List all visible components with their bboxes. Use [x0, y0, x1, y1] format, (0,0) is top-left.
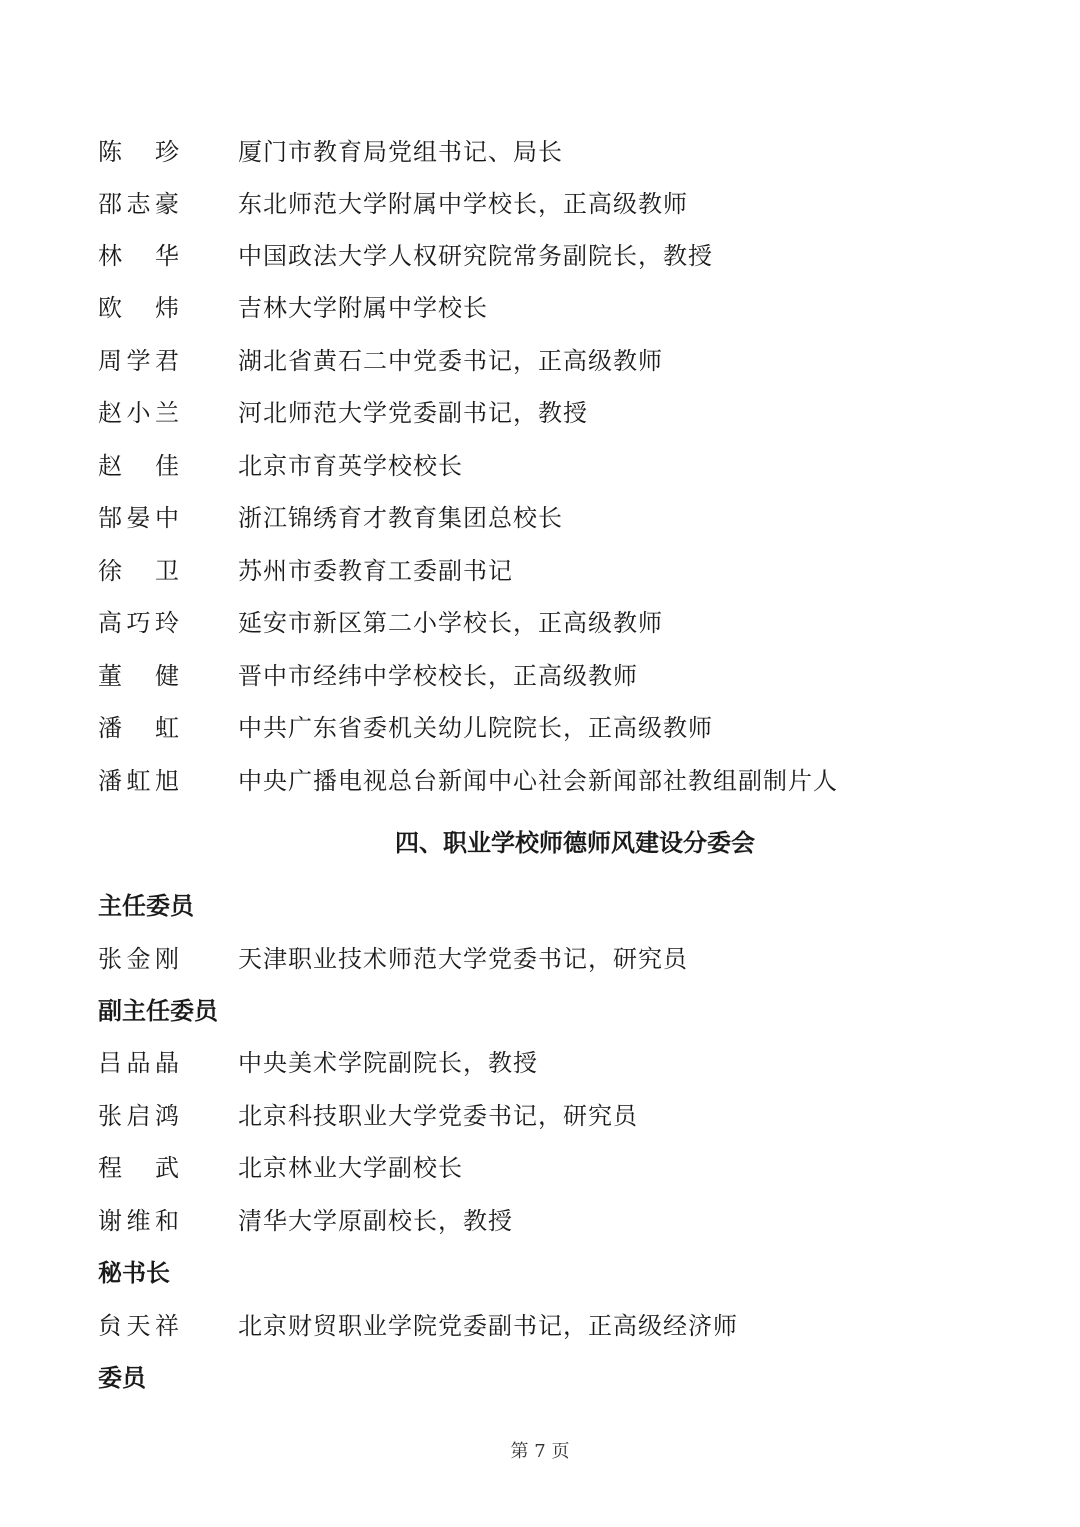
- member-name: 高巧玲: [98, 603, 180, 643]
- member-row: 高巧玲 延安市新区第二小学校长，正高级教师: [98, 603, 663, 643]
- deputy-row: 吕品晶 中央美术学院副院长，教授: [98, 1043, 538, 1083]
- member-name: 董健: [98, 656, 180, 696]
- member-title: 中央广播电视总台新闻中心社会新闻部社教组副制片人: [238, 761, 838, 801]
- member-title: 苏州市委教育工委副书记: [238, 551, 513, 591]
- member-title: 中共广东省委机关幼儿院院长，正高级教师: [238, 708, 713, 748]
- member-name: 赵佳: [98, 446, 180, 486]
- member-name: 郜晏中: [98, 498, 180, 538]
- member-title: 北京科技职业大学党委书记，研究员: [238, 1096, 638, 1136]
- member-name: 林华: [98, 236, 180, 276]
- secretary-row: 贠天祥 北京财贸职业学院党委副书记，正高级经济师: [98, 1306, 738, 1346]
- document-page: 陈珍 厦门市教育局党组书记、局长 邵志豪 东北师范大学附属中学校长，正高级教师 …: [0, 0, 1080, 1527]
- member-title: 北京财贸职业学院党委副书记，正高级经济师: [238, 1306, 738, 1346]
- member-title: 北京市育英学校校长: [238, 446, 463, 486]
- member-name: 欧炜: [98, 288, 180, 328]
- member-name: 贠天祥: [98, 1306, 180, 1346]
- member-title: 厦门市教育局党组书记、局长: [238, 132, 563, 172]
- deputy-row: 程武 北京林业大学副校长: [98, 1148, 463, 1188]
- director-label: 主任委员: [98, 886, 194, 926]
- member-row: 赵佳 北京市育英学校校长: [98, 446, 463, 486]
- deputy-label: 副主任委员: [98, 991, 218, 1031]
- member-title: 东北师范大学附属中学校长，正高级教师: [238, 184, 688, 224]
- member-title: 浙江锦绣育才教育集团总校长: [238, 498, 563, 538]
- member-name: 程武: [98, 1148, 180, 1188]
- deputy-row: 谢维和 清华大学原副校长，教授: [98, 1201, 513, 1241]
- member-title: 中央美术学院副院长，教授: [238, 1043, 538, 1083]
- member-name: 赵小兰: [98, 393, 180, 433]
- member-row: 潘虹旭 中央广播电视总台新闻中心社会新闻部社教组副制片人: [98, 761, 838, 801]
- member-name: 潘虹旭: [98, 761, 180, 801]
- member-title: 吉林大学附属中学校长: [238, 288, 488, 328]
- member-row: 郜晏中 浙江锦绣育才教育集团总校长: [98, 498, 563, 538]
- page-number: 第 7 页: [0, 1438, 1080, 1466]
- member-title: 延安市新区第二小学校长，正高级教师: [238, 603, 663, 643]
- member-name: 吕品晶: [98, 1043, 180, 1083]
- member-title: 清华大学原副校长，教授: [238, 1201, 513, 1241]
- member-row: 潘虹 中共广东省委机关幼儿院院长，正高级教师: [98, 708, 713, 748]
- member-row: 林华 中国政法大学人权研究院常务副院长，教授: [98, 236, 713, 276]
- member-row: 徐卫 苏州市委教育工委副书记: [98, 551, 513, 591]
- member-name: 邵志豪: [98, 184, 180, 224]
- member-name: 谢维和: [98, 1201, 180, 1241]
- member-title: 中国政法大学人权研究院常务副院长，教授: [238, 236, 713, 276]
- member-name: 陈珍: [98, 132, 180, 172]
- section-heading: 四、职业学校师德师风建设分委会: [0, 823, 1080, 863]
- member-row: 周学君 湖北省黄石二中党委书记，正高级教师: [98, 341, 663, 381]
- member-name: 张启鸿: [98, 1096, 180, 1136]
- member-title: 河北师范大学党委副书记，教授: [238, 393, 588, 433]
- member-name: 徐卫: [98, 551, 180, 591]
- members-label: 委员: [98, 1358, 146, 1398]
- member-row: 邵志豪 东北师范大学附属中学校长，正高级教师: [98, 184, 688, 224]
- member-name: 张金刚: [98, 939, 180, 979]
- director-row: 张金刚 天津职业技术师范大学党委书记，研究员: [98, 939, 688, 979]
- member-name: 周学君: [98, 341, 180, 381]
- member-row: 赵小兰 河北师范大学党委副书记，教授: [98, 393, 588, 433]
- member-row: 董健 晋中市经纬中学校校长，正高级教师: [98, 656, 638, 696]
- secretary-label: 秘书长: [98, 1253, 170, 1293]
- member-title: 晋中市经纬中学校校长，正高级教师: [238, 656, 638, 696]
- member-title: 天津职业技术师范大学党委书记，研究员: [238, 939, 688, 979]
- member-title: 北京林业大学副校长: [238, 1148, 463, 1188]
- member-row: 陈珍 厦门市教育局党组书记、局长: [98, 132, 563, 172]
- member-row: 欧炜 吉林大学附属中学校长: [98, 288, 488, 328]
- deputy-row: 张启鸿 北京科技职业大学党委书记，研究员: [98, 1096, 638, 1136]
- member-name: 潘虹: [98, 708, 180, 748]
- member-title: 湖北省黄石二中党委书记，正高级教师: [238, 341, 663, 381]
